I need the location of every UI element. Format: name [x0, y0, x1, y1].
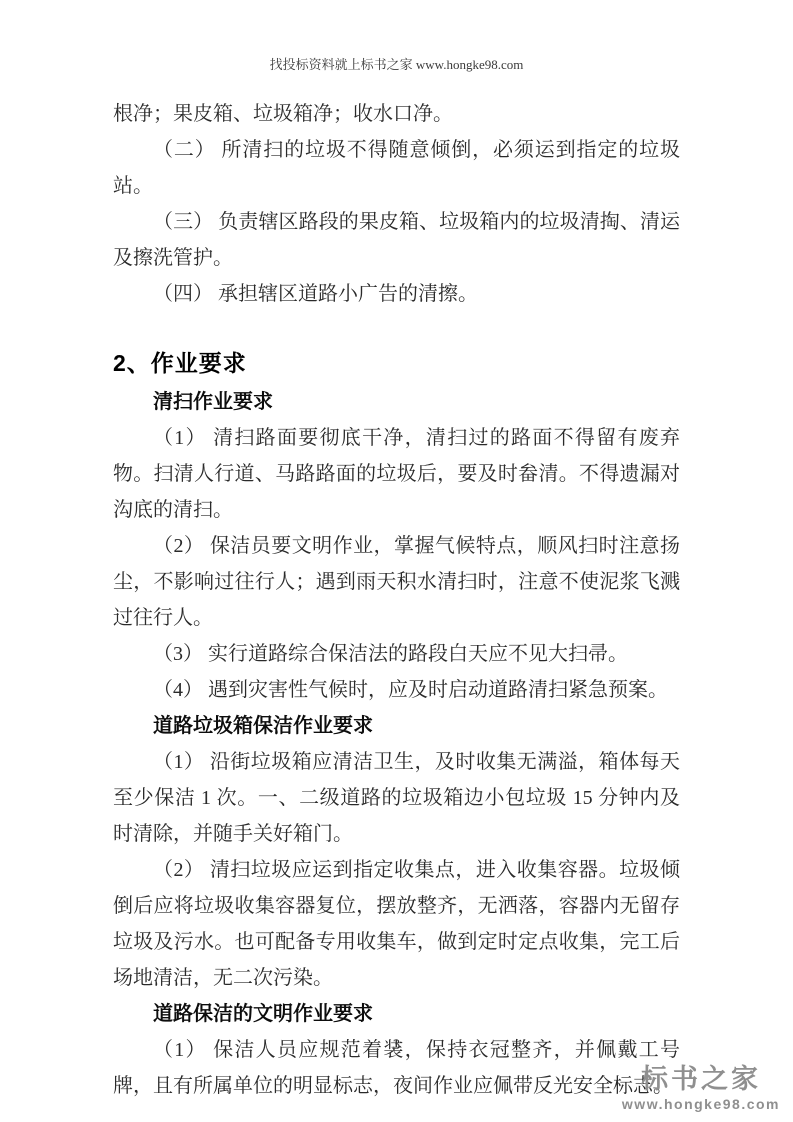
page-number: 3: [0, 1037, 793, 1054]
list-item-3: （三） 负责辖区路段的果皮箱、垃圾箱内的垃圾清掏、清运及擦洗管护。: [113, 204, 680, 276]
section-heading: 2、作业要求: [113, 342, 680, 384]
header-watermark: 找投标资料就上标书之家 www.hongke98.com: [0, 54, 793, 73]
paragraph: （3） 实行道路综合保洁法的路段白天应不见大扫帚。: [113, 636, 680, 672]
footer-logo-url: www.hongke98.com: [622, 1096, 780, 1112]
document-page: 找投标资料就上标书之家 www.hongke98.com 根净；果皮箱、垃圾箱净…: [0, 0, 793, 1122]
continuation-paragraph: 根净；果皮箱、垃圾箱净；收水口净。: [113, 96, 680, 132]
paragraph: （1） 清扫路面要彻底干净，清扫过的路面不得留有废弃物。扫清人行道、马路路面的垃…: [113, 420, 680, 528]
document-body: 根净；果皮箱、垃圾箱净；收水口净。 （二） 所清扫的垃圾不得随意倾倒，必须运到指…: [113, 96, 680, 1104]
paragraph: （4） 遇到灾害性气候时，应及时启动道路清扫紧急预案。: [113, 672, 680, 708]
list-item-4: （四） 承担辖区道路小广告的清擦。: [113, 276, 680, 312]
paragraph: （1） 沿街垃圾箱应清洁卫生，及时收集无满溢，箱体每天至少保洁 1 次。一、二级…: [113, 744, 680, 852]
paragraph: （2） 保洁员要文明作业，掌握气候特点，顺风扫时注意扬尘，不影响过往行人；遇到雨…: [113, 528, 680, 636]
footer-logo-text: 标书之家: [622, 1064, 780, 1094]
footer-watermark: 标书之家 www.hongke98.com: [622, 1064, 780, 1112]
subsection-heading-trash-bins: 道路垃圾箱保洁作业要求: [113, 708, 680, 744]
paragraph: （2） 清扫垃圾应运到指定收集点，进入收集容器。垃圾倾倒后应将垃圾收集容器复位，…: [113, 852, 680, 996]
subsection-heading-civilized-work: 道路保洁的文明作业要求: [113, 996, 680, 1032]
subsection-heading-sweeping: 清扫作业要求: [113, 384, 680, 420]
list-item-2: （二） 所清扫的垃圾不得随意倾倒，必须运到指定的垃圾站。: [113, 132, 680, 204]
